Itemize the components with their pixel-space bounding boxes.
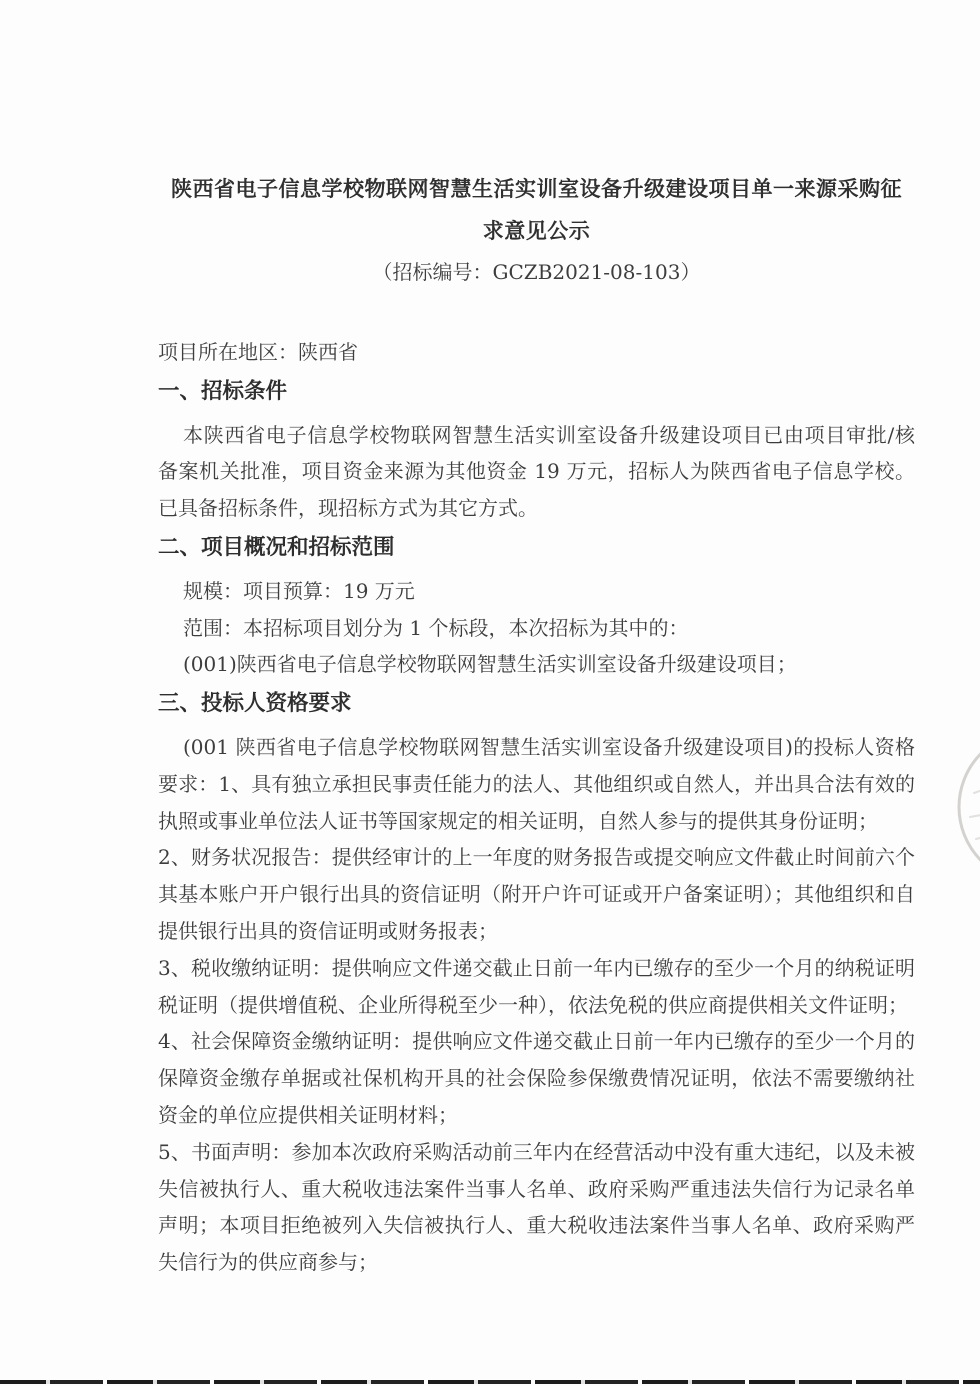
text-line: 税证明（提供增值税、企业所得税至少一种），依法免税的供应商提供相关文件证明； [158, 987, 915, 1024]
section-3-heading: 三、投标人资格要求 [158, 686, 915, 723]
text-line: (001)陕西省电子信息学校物联网智慧生活实训室设备升级建设项目； [158, 646, 915, 683]
text-line: 范围：本招标项目划分为 1 个标段，本次招标为其中的： [158, 610, 915, 647]
text-line: 提供银行出具的资信证明或财务报表； [158, 913, 915, 950]
text-line: (001 陕西省电子信息学校物联网智慧生活实训室设备升级建设项目)的投标人资格能… [158, 729, 915, 766]
text-line: 已具备招标条件，现招标方式为其它方式。 [158, 490, 915, 527]
text-line: 备案机关批准，项目资金来源为其他资金 19 万元，招标人为陕西省电子信息学校。本… [158, 453, 915, 490]
text-line: 保障资金缴存单据或社保机构开具的社会保险参保缴费情况证明，依法不需要缴纳社会保障 [158, 1060, 915, 1097]
text-line: 要求：1、具有独立承担民事责任能力的法人、其他组织或自然人，并出具合法有效的营业 [158, 766, 915, 803]
text-line: 3、税收缴纳证明：提供响应文件递交截止日前一年内已缴存的至少一个月的纳税证明或完 [158, 950, 915, 987]
doc-title: 陕西省电子信息学校物联网智慧生活实训室设备升级建设项目单一来源采购征 求意见公示 [158, 168, 915, 252]
text-line: 失信被执行人、重大税收违法案件当事人名单、政府采购严重违法失信行为记录名单的书面 [158, 1171, 915, 1208]
text-line: 规模：项目预算：19 万元 [158, 573, 915, 610]
text-line: 资金的单位应提供相关证明材料； [158, 1097, 915, 1134]
text-line: 5、书面声明：参加本次政府采购活动前三年内在经营活动中没有重大违纪，以及未被列入 [158, 1134, 915, 1171]
document-page: 陕西省电子信息学校物联网智慧生活实训室设备升级建设项目单一来源采购征 求意见公示… [0, 0, 980, 1386]
text-line: 声明；本项目拒绝被列入失信被执行人、重大税收违法案件当事人名单、政府采购严重违法 [158, 1207, 915, 1244]
text-line: 执照或事业单位法人证书等国家规定的相关证明，自然人参与的提供其身份证明； [158, 803, 915, 840]
text-line: 本陕西省电子信息学校物联网智慧生活实训室设备升级建设项目已由项目审批/核准/ [158, 417, 915, 454]
doc-title-line-1: 陕西省电子信息学校物联网智慧生活实训室设备升级建设项目单一来源采购征 [158, 168, 915, 210]
scan-edge-line [0, 1380, 980, 1384]
doc-body: 项目所在地区：陕西省 一、招标条件 本陕西省电子信息学校物联网智慧生活实训室设备… [158, 334, 915, 1281]
text-line: 4、社会保障资金缴纳证明：提供响应文件递交截止日前一年内已缴存的至少一个月的社会 [158, 1023, 915, 1060]
section-2-heading: 二、项目概况和招标范围 [158, 530, 915, 567]
bid-number: （招标编号：GCZB2021-08-103） [158, 258, 915, 286]
text-line: 其基本账户开户银行出具的资信证明（附开户许可证或开户备案证明）；其他组织和自然人 [158, 876, 915, 913]
text-line: 2、财务状况报告：提供经审计的上一年度的财务报告或提交响应文件截止时间前六个月内 [158, 839, 915, 876]
text-line: 失信行为的供应商参与； [158, 1244, 915, 1281]
section-1-heading: 一、招标条件 [158, 374, 915, 411]
document-content: 陕西省电子信息学校物联网智慧生活实训室设备升级建设项目单一来源采购征 求意见公示… [0, 0, 980, 1281]
doc-title-line-2: 求意见公示 [158, 210, 915, 252]
project-location-line: 项目所在地区：陕西省 [158, 334, 915, 371]
